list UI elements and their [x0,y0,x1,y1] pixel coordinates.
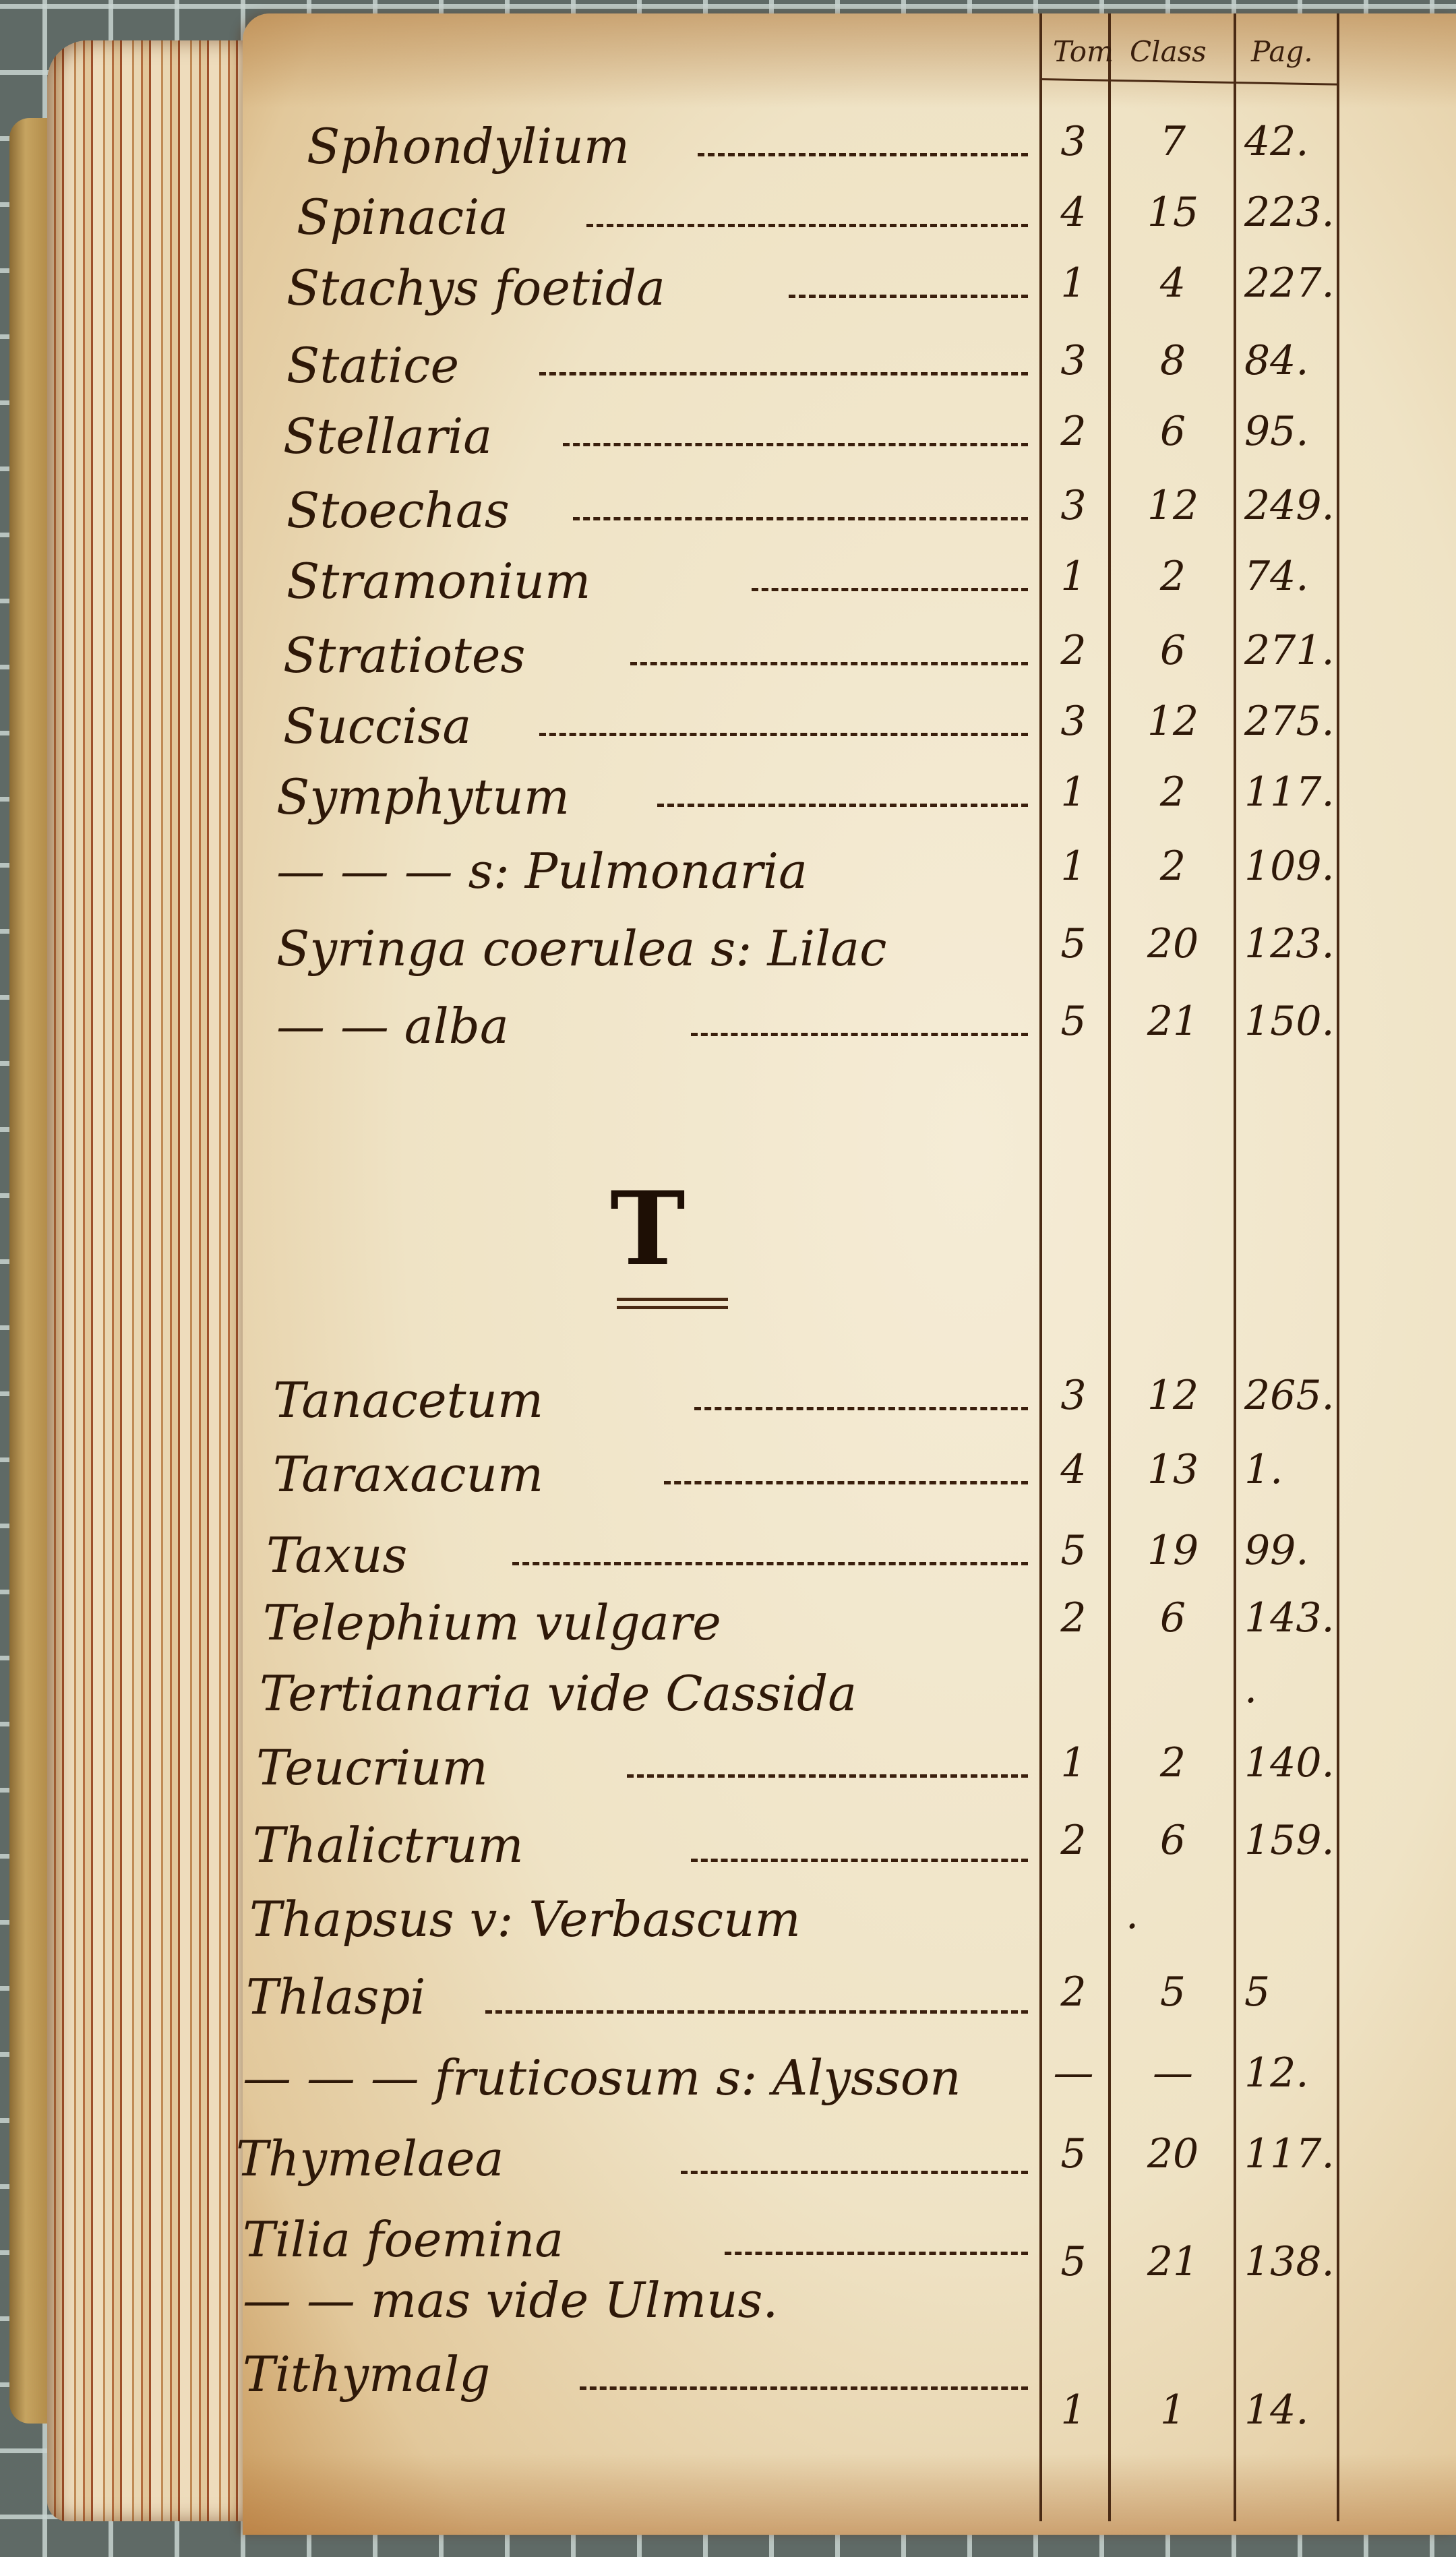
entry-pag: 223. [1238,189,1345,236]
entry-name: Tertianaria vide Cassida [260,1665,857,1722]
entry-name: — — — fruticosum s: Alysson [243,2049,961,2106]
leader-dashes [691,1859,1028,1862]
entry-class: 12 [1112,482,1234,529]
entry-class: 15 [1112,189,1234,236]
index-row: Tilia foemina 5 21 138. [0,2211,1456,2279]
index-row: Taraxacum 4 13 1. [0,1446,1456,1513]
entry-name: Telephium vulgare [263,1594,721,1651]
entry-pag: 99. [1238,1527,1345,1574]
entry-name: Symphytum [276,769,570,825]
section-underline [617,1306,728,1309]
leader-dashes [586,224,1028,227]
entry-class: 6 [1112,1594,1234,1642]
leader-dashes [725,2252,1028,2255]
leader-dashes [512,1562,1028,1565]
entry-class: 6 [1112,1817,1234,1864]
entry-name: — — — s: Pulmonaria [276,843,808,899]
entry-pag: 117. [1238,769,1345,816]
entry-pag: 84. [1238,337,1345,384]
entry-pag: 150. [1238,998,1345,1045]
entry-class: — [1112,2049,1234,2097]
entry-pag: 5 [1238,1968,1345,2016]
leader-dashes [539,372,1028,375]
entry-tom: 3 [1041,1372,1105,1419]
index-row: Thalictrum 2 6 159. [0,1817,1456,1884]
entry-tom: 5 [1041,1527,1105,1574]
entry-pag: 249. [1238,482,1345,529]
entry-pag: 123. [1238,920,1345,967]
entry-pag: 1. [1238,1446,1345,1493]
entry-name: Stratiotes [283,627,525,684]
index-row: — — — fruticosum s: Alysson — — 12. [0,2049,1456,2117]
entry-tom: 4 [1041,1446,1105,1493]
index-row: Tithymalg 1 1 14. [0,2346,1456,2413]
entry-pag: 143. [1238,1594,1345,1642]
entry-name: Tithymalg [243,2346,490,2403]
entry-class: 1 [1112,2386,1234,2434]
entry-tom: — [1041,2049,1105,2097]
section-letter-heading: T [610,1170,686,1288]
entry-pag: 14. [1238,2386,1345,2434]
entry-name: Spinacia [297,189,508,245]
entry-class: 12 [1112,1372,1234,1419]
entry-pag: 109. [1238,843,1345,890]
entry-tom: 3 [1041,698,1105,745]
entry-tom: 2 [1041,1968,1105,2016]
entry-tom: 1 [1041,260,1105,307]
entry-pag: 275. [1238,698,1345,745]
entry-pag: 95. [1238,408,1345,455]
leader-dashes [573,517,1028,520]
entry-tom: 2 [1041,1594,1105,1642]
leader-dashes [627,1774,1028,1778]
entry-class: 4 [1112,260,1234,307]
index-row: Tertianaria vide Cassida . [0,1665,1456,1733]
index-row: — — alba 5 21 150. [0,998,1456,1065]
entry-name: Syringa coerulea s: Lilac [276,920,886,977]
entry-class: 8 [1112,337,1234,384]
entry-name: Succisa [283,698,471,754]
entry-class: 20 [1112,920,1234,967]
leader-dashes [694,1407,1028,1410]
index-row: Tanacetum 3 12 265. [0,1372,1456,1439]
entry-name: — — mas vide Ulmus. [243,2272,778,2328]
entry-tom: 3 [1041,118,1105,165]
entry-class: 21 [1112,998,1234,1045]
index-row: Spinacia 4 15 223. [0,189,1456,256]
entry-tom: 4 [1041,189,1105,236]
index-row: Stoechas 3 12 249. [0,482,1456,549]
entry-tom: 1 [1041,553,1105,600]
entry-class: 6 [1112,408,1234,455]
leader-dashes [580,2386,1028,2390]
entry-pag: 12. [1238,2049,1345,2097]
section-underline [617,1298,728,1301]
entry-pag: 227. [1238,260,1345,307]
entry-class: 2 [1112,769,1234,816]
index-row: Teucrium 1 2 140. [0,1739,1456,1807]
index-row: Stellaria 2 6 95. [0,408,1456,475]
index-row: Stratiotes 2 6 271. [0,627,1456,694]
leader-dashes [563,443,1028,446]
index-row: Thapsus v: Verbascum . [0,1891,1456,1958]
entry-pag: 42. [1238,118,1345,165]
entry-name: Thalictrum [253,1817,524,1873]
entry-tom: 1 [1041,1739,1105,1786]
entry-tom: 2 [1041,1817,1105,1864]
entry-name: Tilia foemina [243,2211,564,2268]
index-row: Stramonium 1 2 74. [0,553,1456,620]
leader-dashes [691,1033,1028,1036]
column-header-pag: Pag. [1251,35,1313,68]
index-row: Stachys foetida 1 4 227. [0,260,1456,327]
entry-pag: 265. [1238,1372,1345,1419]
entry-tom: 1 [1041,769,1105,816]
entry-tom: 3 [1041,337,1105,384]
entry-pag: 74. [1238,553,1345,600]
entry-tom: 5 [1041,2130,1105,2177]
index-row: — — mas vide Ulmus. [0,2272,1456,2339]
index-row: Telephium vulgare 2 6 143. [0,1594,1456,1662]
leader-dashes [630,662,1028,665]
entry-tom: 5 [1041,998,1105,1045]
leader-dashes [657,804,1028,807]
leader-dashes [789,295,1028,298]
entry-pag: 271. [1238,627,1345,674]
entry-name: Thapsus v: Verbascum [249,1891,801,1948]
entry-name: Taraxacum [273,1446,543,1503]
entry-class: 2 [1112,553,1234,600]
entry-pag: . [1238,1665,1345,1712]
entry-tom: 5 [1041,920,1105,967]
entry-name: Stachys foetida [286,260,665,316]
entry-tom: 2 [1041,627,1105,674]
book-photo: Tom Class Pag. Sphondylium 3 7 42. Spina… [0,0,1456,2557]
entry-tom: 2 [1041,408,1105,455]
entry-pag: . [1119,1891,1227,1938]
entry-class: 13 [1112,1446,1234,1493]
index-row: Succisa 3 12 275. [0,698,1456,765]
entry-class: 6 [1112,627,1234,674]
entry-class: 2 [1112,1739,1234,1786]
index-row: Sphondylium 3 7 42. [0,118,1456,185]
entry-class: 7 [1112,118,1234,165]
entry-class: 2 [1112,843,1234,890]
entry-class: 19 [1112,1527,1234,1574]
entry-name: Stramonium [286,553,590,609]
entry-name: Taxus [266,1527,407,1584]
entry-name: Tanacetum [273,1372,543,1428]
entry-name: Thlaspi [246,1968,425,2025]
entry-name: — — alba [276,998,509,1054]
entry-name: Thymelaea [236,2130,504,2187]
entry-pag: 117. [1238,2130,1345,2177]
entry-tom: 1 [1041,843,1105,890]
leader-dashes [681,2171,1028,2174]
leader-dashes [539,733,1028,736]
index-row: Symphytum 1 2 117. [0,769,1456,836]
leader-dashes [752,588,1028,591]
entry-name: Stellaria [283,408,492,464]
entry-name: Statice [286,337,459,394]
entry-tom: 3 [1041,482,1105,529]
leader-dashes [485,2010,1028,2014]
entry-class: 5 [1112,1968,1234,2016]
index-row: Taxus 5 19 99. [0,1527,1456,1594]
index-row: Thlaspi 2 5 5 [0,1968,1456,2036]
entry-name: Sphondylium [307,118,630,175]
entry-tom: 1 [1041,2386,1105,2434]
column-header-class: Class [1130,35,1207,68]
index-row: — — — s: Pulmonaria 1 2 109. [0,843,1456,910]
index-row: Syringa coerulea s: Lilac 5 20 123. [0,920,1456,988]
column-header-tom: Tom [1053,35,1114,68]
entry-pag: 159. [1238,1817,1345,1864]
index-row: Statice 3 8 84. [0,337,1456,404]
entry-name: Stoechas [286,482,510,539]
leader-dashes [698,153,1028,156]
index-row: Thymelaea 5 20 117. [0,2130,1456,2198]
entry-name: Teucrium [256,1739,488,1796]
entry-class: 12 [1112,698,1234,745]
leader-dashes [664,1481,1028,1484]
entry-pag: 140. [1238,1739,1345,1786]
entry-class: 20 [1112,2130,1234,2177]
